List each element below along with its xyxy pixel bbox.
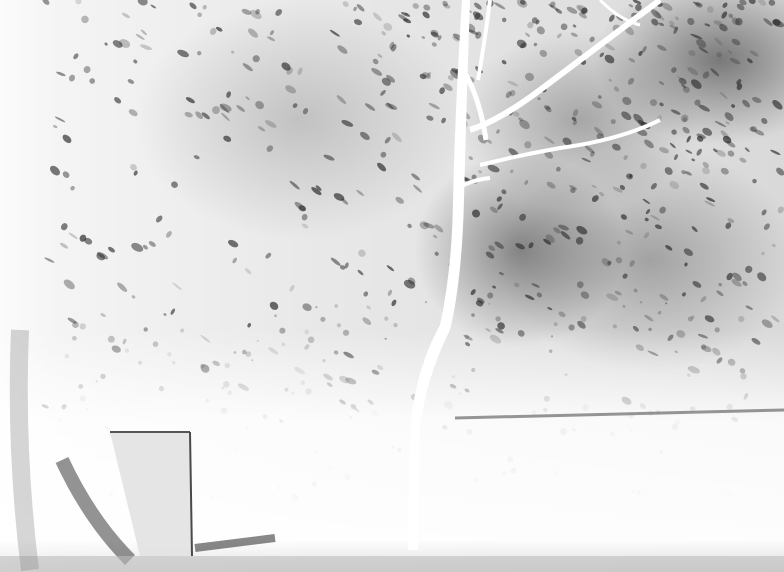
stone-wall-edge bbox=[455, 410, 784, 418]
tree bbox=[408, 0, 660, 550]
inverted-tree-photo bbox=[0, 0, 784, 572]
box-structure bbox=[62, 432, 275, 560]
left-edge-shadow bbox=[19, 330, 30, 570]
scene-structures bbox=[0, 0, 784, 572]
ground bbox=[0, 556, 784, 572]
